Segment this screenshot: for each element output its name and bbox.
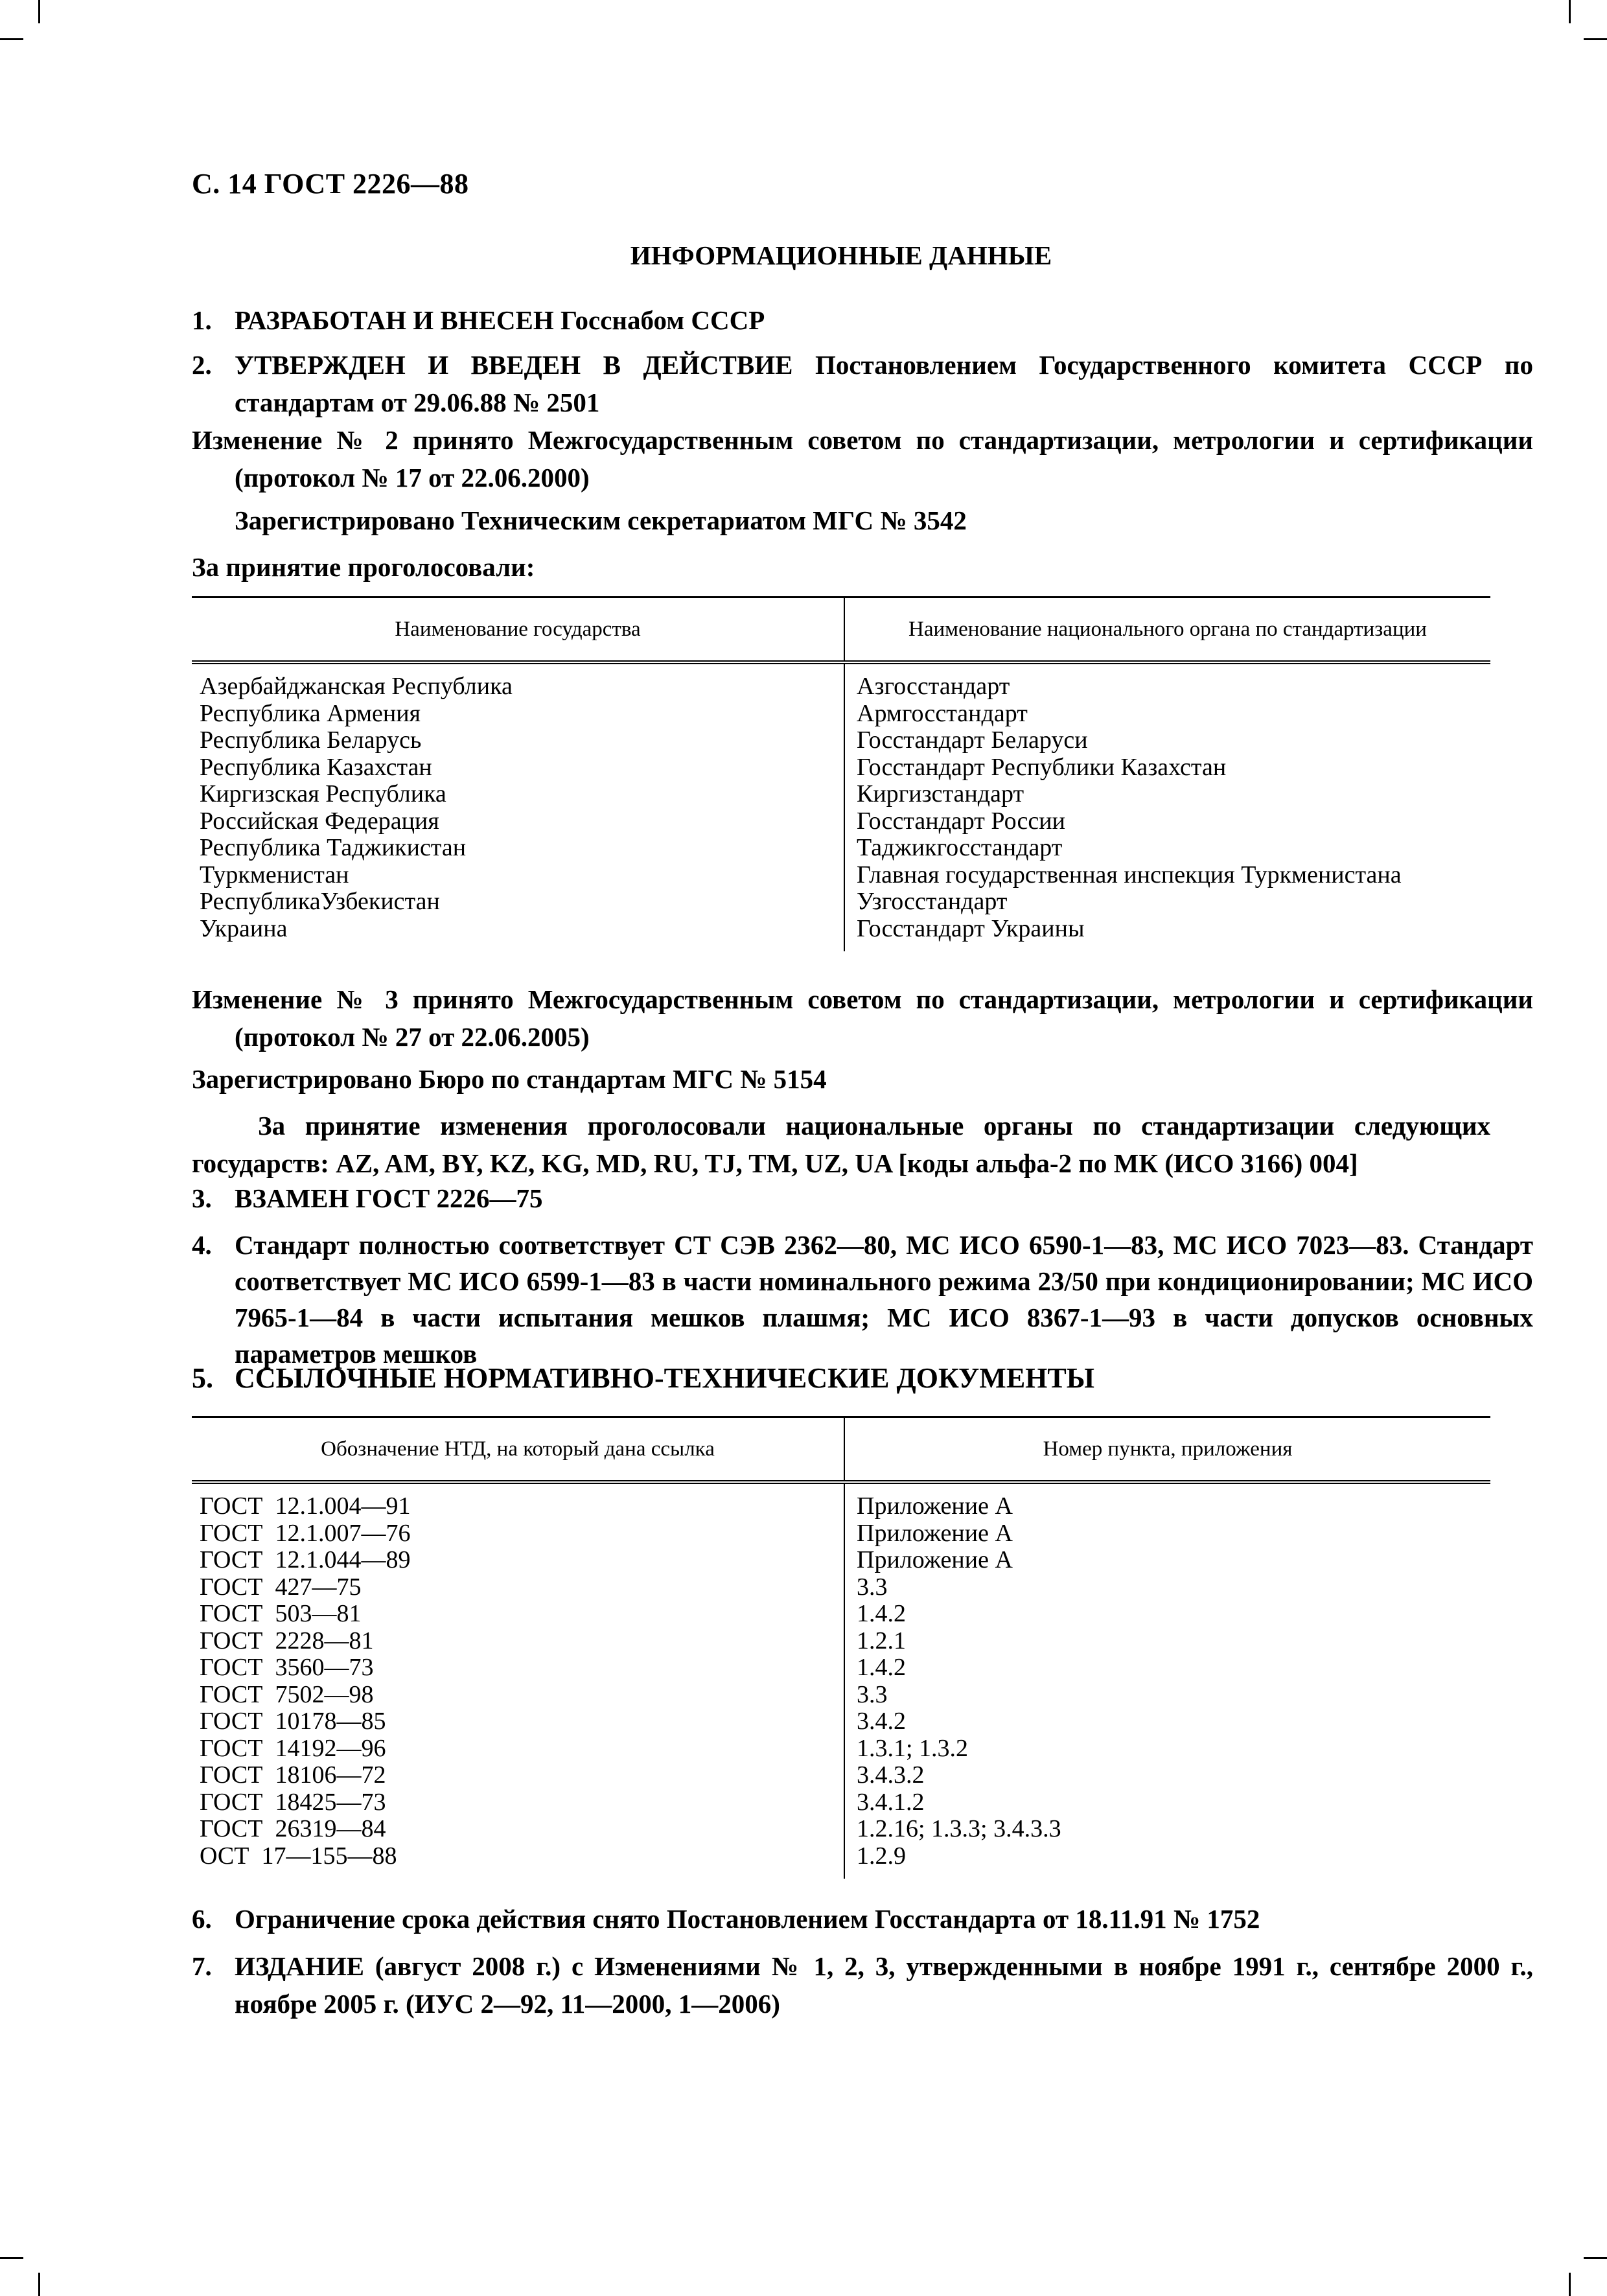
states-voting-table: Наименование государства Наименование на… bbox=[192, 596, 1490, 951]
document-designation: ГОСТ 427—75 bbox=[192, 1574, 844, 1601]
item-number: 7. bbox=[192, 1947, 235, 1985]
crop-mark bbox=[1569, 2273, 1571, 2296]
item-caps: ИЗДАНИЕ bbox=[235, 1951, 364, 1981]
clause-number: 3.3 bbox=[844, 1682, 1490, 1709]
crop-mark bbox=[38, 2273, 40, 2296]
clause-number: 3.4.1.2 bbox=[844, 1789, 1490, 1816]
table-row: ГОСТ 26319—84 1.2.16; 1.3.3; 3.4.3.3 bbox=[192, 1816, 1490, 1843]
clause-number: 1.4.2 bbox=[844, 1601, 1490, 1628]
table-row: ГОСТ 18425—73 3.4.1.2 bbox=[192, 1789, 1490, 1816]
crop-mark bbox=[0, 2257, 23, 2259]
table-row: Республика Армения Армгосстандарт bbox=[192, 701, 1490, 728]
references-table: Обозначение НТД, на который дана ссылка … bbox=[192, 1416, 1490, 1879]
national-body: Армгосстандарт bbox=[844, 701, 1490, 728]
crop-mark bbox=[38, 0, 40, 23]
item-number: 3. bbox=[192, 1179, 235, 1217]
clause-number: Приложение А bbox=[844, 1482, 1490, 1520]
clause-number: 3.4.2 bbox=[844, 1708, 1490, 1735]
item-1: 1.РАЗРАБОТАН И ВНЕСЕН Госснабом СССР bbox=[192, 301, 1533, 339]
amendment-3-voted-text: За принятие изменения проголосовали наци… bbox=[192, 1107, 1490, 1182]
crop-mark bbox=[1584, 2257, 1607, 2259]
clause-number: 3.4.3.2 bbox=[844, 1762, 1490, 1789]
state-name: Киргизская Республика bbox=[192, 781, 844, 808]
state-name: Республика Таджикистан bbox=[192, 835, 844, 862]
amendment-2-registered: Зарегистрировано Техническим секретариат… bbox=[192, 502, 1533, 539]
column-header-state: Наименование государства bbox=[192, 597, 844, 663]
item-number: 5. bbox=[192, 1360, 235, 1397]
document-designation: ГОСТ 3560—73 bbox=[192, 1654, 844, 1682]
document-designation: ОСТ 17—155—88 bbox=[192, 1843, 844, 1879]
clause-number: 1.2.1 bbox=[844, 1628, 1490, 1655]
table-row: ГОСТ 10178—85 3.4.2 bbox=[192, 1708, 1490, 1735]
item-3: 3.ВЗАМЕН ГОСТ 2226—75 bbox=[192, 1179, 1533, 1217]
table-row: ГОСТ 2228—81 1.2.1 bbox=[192, 1628, 1490, 1655]
table-row: ГОСТ 18106—72 3.4.3.2 bbox=[192, 1762, 1490, 1789]
table-header-row: Наименование государства Наименование на… bbox=[192, 597, 1490, 663]
document-designation: ГОСТ 12.1.044—89 bbox=[192, 1547, 844, 1574]
document-designation: ГОСТ 12.1.007—76 bbox=[192, 1520, 844, 1548]
item-number: 1. bbox=[192, 301, 235, 339]
clause-number: 1.2.16; 1.3.3; 3.4.3.3 bbox=[844, 1816, 1490, 1843]
national-body: Госстандарт Беларуси bbox=[844, 727, 1490, 754]
national-body: Главная государственная инспекция Туркме… bbox=[844, 862, 1490, 889]
document-designation: ГОСТ 12.1.004—91 bbox=[192, 1482, 844, 1520]
national-body: Азгосстандарт bbox=[844, 662, 1490, 701]
national-body: Госстандарт России bbox=[844, 808, 1490, 835]
table-row: РеспубликаУзбекистан Узгосстандарт bbox=[192, 888, 1490, 916]
item-5: 5.ССЫЛОЧНЫЕ НОРМАТИВНО-ТЕХНИЧЕСКИЕ ДОКУМ… bbox=[192, 1360, 1533, 1397]
clause-number: 1.4.2 bbox=[844, 1654, 1490, 1682]
table-row: ГОСТ 3560—73 1.4.2 bbox=[192, 1654, 1490, 1682]
item-caps: РАЗРАБОТАН И ВНЕСЕН bbox=[235, 305, 554, 335]
item-caps: УТВЕРЖДЕН И ВВЕДЕН В ДЕЙСТВИЕ bbox=[235, 350, 792, 380]
amendment-2-text: Изменение № 2 принято Межгосударственным… bbox=[192, 421, 1533, 496]
amendment-3-registered: Зарегистрировано Бюро по стандартам МГС … bbox=[192, 1060, 1490, 1098]
column-header-national-body: Наименование национального органа по ста… bbox=[844, 597, 1490, 663]
state-name: Республика Казахстан bbox=[192, 754, 844, 782]
item-caps: ВЗАМЕН ГОСТ 2226—75 bbox=[235, 1183, 542, 1213]
national-body: Таджикгосстандарт bbox=[844, 835, 1490, 862]
table-row: Украина Госстандарт Украины bbox=[192, 916, 1490, 952]
state-name: Туркменистан bbox=[192, 862, 844, 889]
national-body: Узгосстандарт bbox=[844, 888, 1490, 916]
document-designation: ГОСТ 18106—72 bbox=[192, 1762, 844, 1789]
item-number: 4. bbox=[192, 1227, 235, 1263]
state-name: Российская Федерация bbox=[192, 808, 844, 835]
running-head: С. 14 ГОСТ 2226—88 bbox=[192, 167, 469, 200]
item-4: 4.Стандарт полностью соответствует СТ СЭ… bbox=[192, 1227, 1533, 1372]
crop-mark bbox=[1584, 38, 1607, 40]
table-row: ГОСТ 12.1.007—76 Приложение А bbox=[192, 1520, 1490, 1548]
clause-number: 3.3 bbox=[844, 1574, 1490, 1601]
table-row: Туркменистан Главная государственная инс… bbox=[192, 862, 1490, 889]
state-name: Республика Армения bbox=[192, 701, 844, 728]
item-text: Госснабом СССР bbox=[554, 305, 765, 335]
document-designation: ГОСТ 14192—96 bbox=[192, 1735, 844, 1763]
table-row: ГОСТ 7502—98 3.3 bbox=[192, 1682, 1490, 1709]
national-body: Киргизстандарт bbox=[844, 781, 1490, 808]
document-designation: ГОСТ 7502—98 bbox=[192, 1682, 844, 1709]
document-designation: ГОСТ 18425—73 bbox=[192, 1789, 844, 1816]
national-body: Госстандарт Украины bbox=[844, 916, 1490, 952]
document-designation: ГОСТ 10178—85 bbox=[192, 1708, 844, 1735]
table-row: Республика Беларусь Госстандарт Беларуси bbox=[192, 727, 1490, 754]
item-text: Стандарт полностью соответствует СТ СЭВ … bbox=[235, 1230, 1533, 1369]
table-row: ГОСТ 503—81 1.4.2 bbox=[192, 1601, 1490, 1628]
amendment-2-voted-label: За принятие проголосовали: bbox=[192, 548, 1490, 586]
item-text: (август 2008 г.) с Изменениями № 1, 2, 3… bbox=[235, 1951, 1533, 2019]
document-designation: ГОСТ 2228—81 bbox=[192, 1628, 844, 1655]
table-row: ГОСТ 14192—96 1.3.1; 1.3.2 bbox=[192, 1735, 1490, 1763]
table-row: ГОСТ 12.1.004—91 Приложение А bbox=[192, 1482, 1490, 1520]
clause-number: Приложение А bbox=[844, 1547, 1490, 1574]
item-text: Ограничение срока действия снято Постано… bbox=[235, 1904, 1260, 1934]
page-title: ИНФОРМАЦИОННЫЕ ДАННЫЕ bbox=[192, 240, 1490, 271]
clause-number: Приложение А bbox=[844, 1520, 1490, 1548]
document-designation: ГОСТ 503—81 bbox=[192, 1601, 844, 1628]
item-6: 6.Ограничение срока действия снято Поста… bbox=[192, 1900, 1533, 1938]
item-2: 2.УТВЕРЖДЕН И ВВЕДЕН В ДЕЙСТВИЕ Постанов… bbox=[192, 346, 1533, 421]
crop-mark bbox=[0, 38, 23, 40]
table-row: ОСТ 17—155—88 1.2.9 bbox=[192, 1843, 1490, 1879]
table-row: Азербайджанская Республика Азгосстандарт bbox=[192, 662, 1490, 701]
table-row: ГОСТ 427—75 3.3 bbox=[192, 1574, 1490, 1601]
table-row: Российская Федерация Госстандарт России bbox=[192, 808, 1490, 835]
state-name: Украина bbox=[192, 916, 844, 952]
item-number: 2. bbox=[192, 346, 235, 384]
table-row: Киргизская Республика Киргизстандарт bbox=[192, 781, 1490, 808]
column-header-clause: Номер пункта, приложения bbox=[844, 1417, 1490, 1483]
state-name: Азербайджанская Республика bbox=[192, 662, 844, 701]
state-name: Республика Беларусь bbox=[192, 727, 844, 754]
column-header-document: Обозначение НТД, на который дана ссылка bbox=[192, 1417, 844, 1483]
item-caps: ССЫЛОЧНЫЕ НОРМАТИВНО-ТЕХНИЧЕСКИЕ ДОКУМЕН… bbox=[235, 1362, 1094, 1394]
national-body: Госстандарт Республики Казахстан bbox=[844, 754, 1490, 782]
table-header-row: Обозначение НТД, на который дана ссылка … bbox=[192, 1417, 1490, 1483]
table-row: Республика Казахстан Госстандарт Республ… bbox=[192, 754, 1490, 782]
item-number: 6. bbox=[192, 1900, 235, 1938]
table-row: Республика Таджикистан Таджикгосстандарт bbox=[192, 835, 1490, 862]
table-row: ГОСТ 12.1.044—89 Приложение А bbox=[192, 1547, 1490, 1574]
clause-number: 1.3.1; 1.3.2 bbox=[844, 1735, 1490, 1763]
state-name: РеспубликаУзбекистан bbox=[192, 888, 844, 916]
amendment-3-text: Изменение № 3 принято Межгосударственным… bbox=[192, 980, 1533, 1056]
clause-number: 1.2.9 bbox=[844, 1843, 1490, 1879]
document-designation: ГОСТ 26319—84 bbox=[192, 1816, 844, 1843]
item-7: 7.ИЗДАНИЕ (август 2008 г.) с Изменениями… bbox=[192, 1947, 1533, 2023]
crop-mark bbox=[1569, 0, 1571, 23]
